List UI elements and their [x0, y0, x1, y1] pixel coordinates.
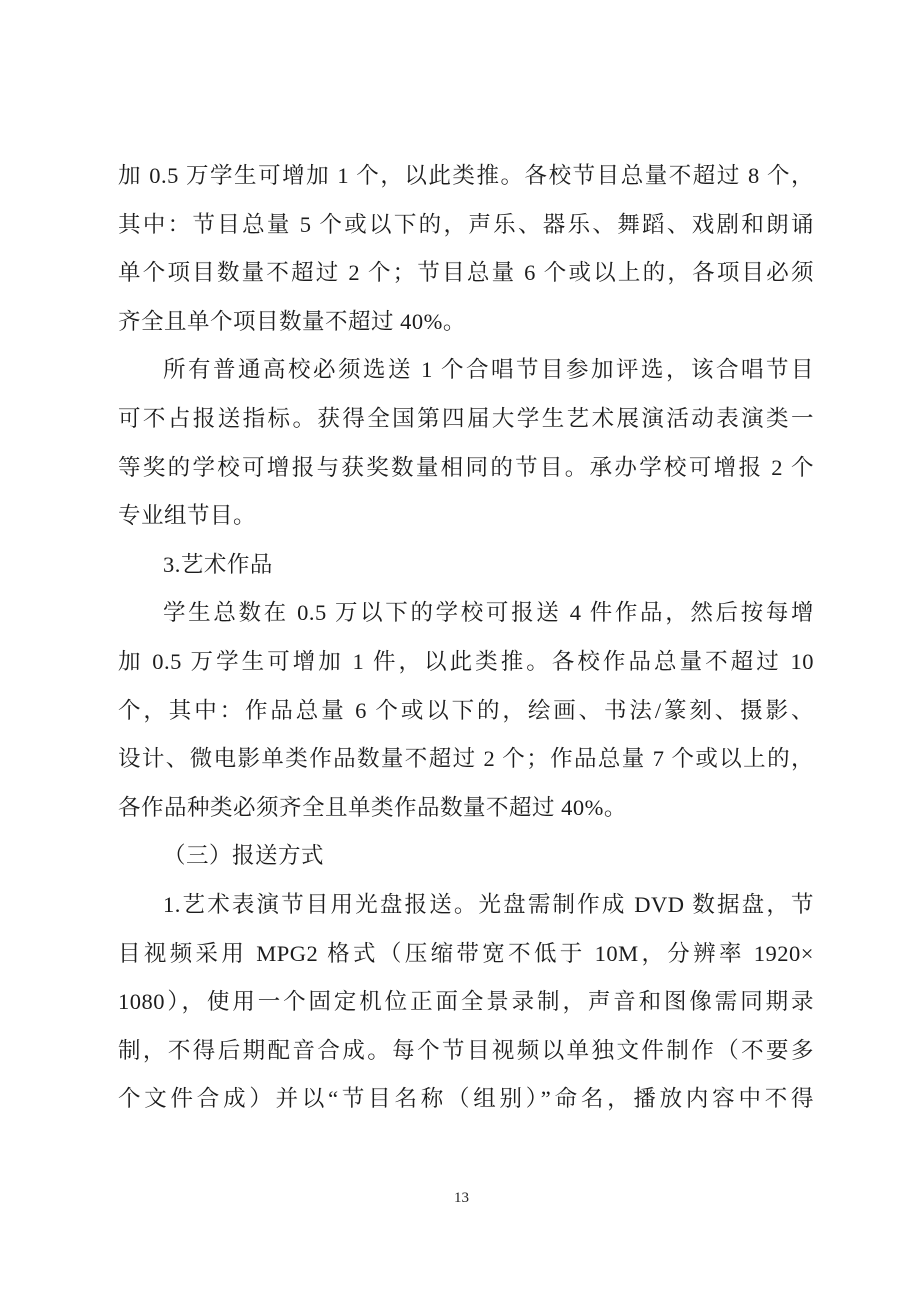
text-line: 可不占报送指标。获得全国第四届大学生艺术展演活动表演类一 [118, 395, 814, 444]
text-line: 所有普通高校必须选送 1 个合唱节目参加评选，该合唱节目 [118, 346, 814, 395]
text-line: 个，其中：作品总量 6 个或以下的，绘画、书法/篆刻、摄影、 [118, 687, 814, 736]
text-line: 3.艺术作品 [118, 541, 814, 590]
document-page: 加 0.5 万学生可增加 1 个，以此类推。各校节目总量不超过 8 个，其中：节… [0, 0, 923, 1305]
text-line: 加 0.5 万学生可增加 1 件，以此类推。各校作品总量不超过 10 [118, 638, 814, 687]
text-line: （三）报送方式 [118, 832, 814, 881]
text-line: 1.艺术表演节目用光盘报送。光盘需制作成 DVD 数据盘，节 [118, 881, 814, 930]
text-line: 齐全且单个项目数量不超过 40%。 [118, 298, 814, 347]
text-line: 各作品种类必须齐全且单类作品数量不超过 40%。 [118, 784, 814, 833]
document-text: 加 0.5 万学生可增加 1 个，以此类推。各校节目总量不超过 8 个，其中：节… [118, 152, 814, 1124]
text-line: 等奖的学校可增报与获奖数量相同的节目。承办学校可增报 2 个 [118, 444, 814, 493]
text-line: 制，不得后期配音合成。每个节目视频以单独文件制作（不要多 [118, 1027, 814, 1076]
text-line: 1080），使用一个固定机位正面全景录制，声音和图像需同期录 [118, 978, 814, 1027]
text-line: 加 0.5 万学生可增加 1 个，以此类推。各校节目总量不超过 8 个， [118, 152, 814, 201]
text-line: 设计、微电影单类作品数量不超过 2 个；作品总量 7 个或以上的， [118, 735, 814, 784]
text-line: 学生总数在 0.5 万以下的学校可报送 4 件作品，然后按每增 [118, 589, 814, 638]
text-line: 其中：节目总量 5 个或以下的，声乐、器乐、舞蹈、戏剧和朗诵 [118, 201, 814, 250]
text-line: 目视频采用 MPG2 格式（压缩带宽不低于 10M，分辨率 1920× [118, 930, 814, 979]
page-number: 13 [0, 1188, 923, 1208]
text-line: 个文件合成）并以“节目名称（组别）”命名，播放内容中不得 [118, 1075, 814, 1124]
text-line: 单个项目数量不超过 2 个；节目总量 6 个或以上的，各项目必须 [118, 249, 814, 298]
text-line: 专业组节目。 [118, 492, 814, 541]
